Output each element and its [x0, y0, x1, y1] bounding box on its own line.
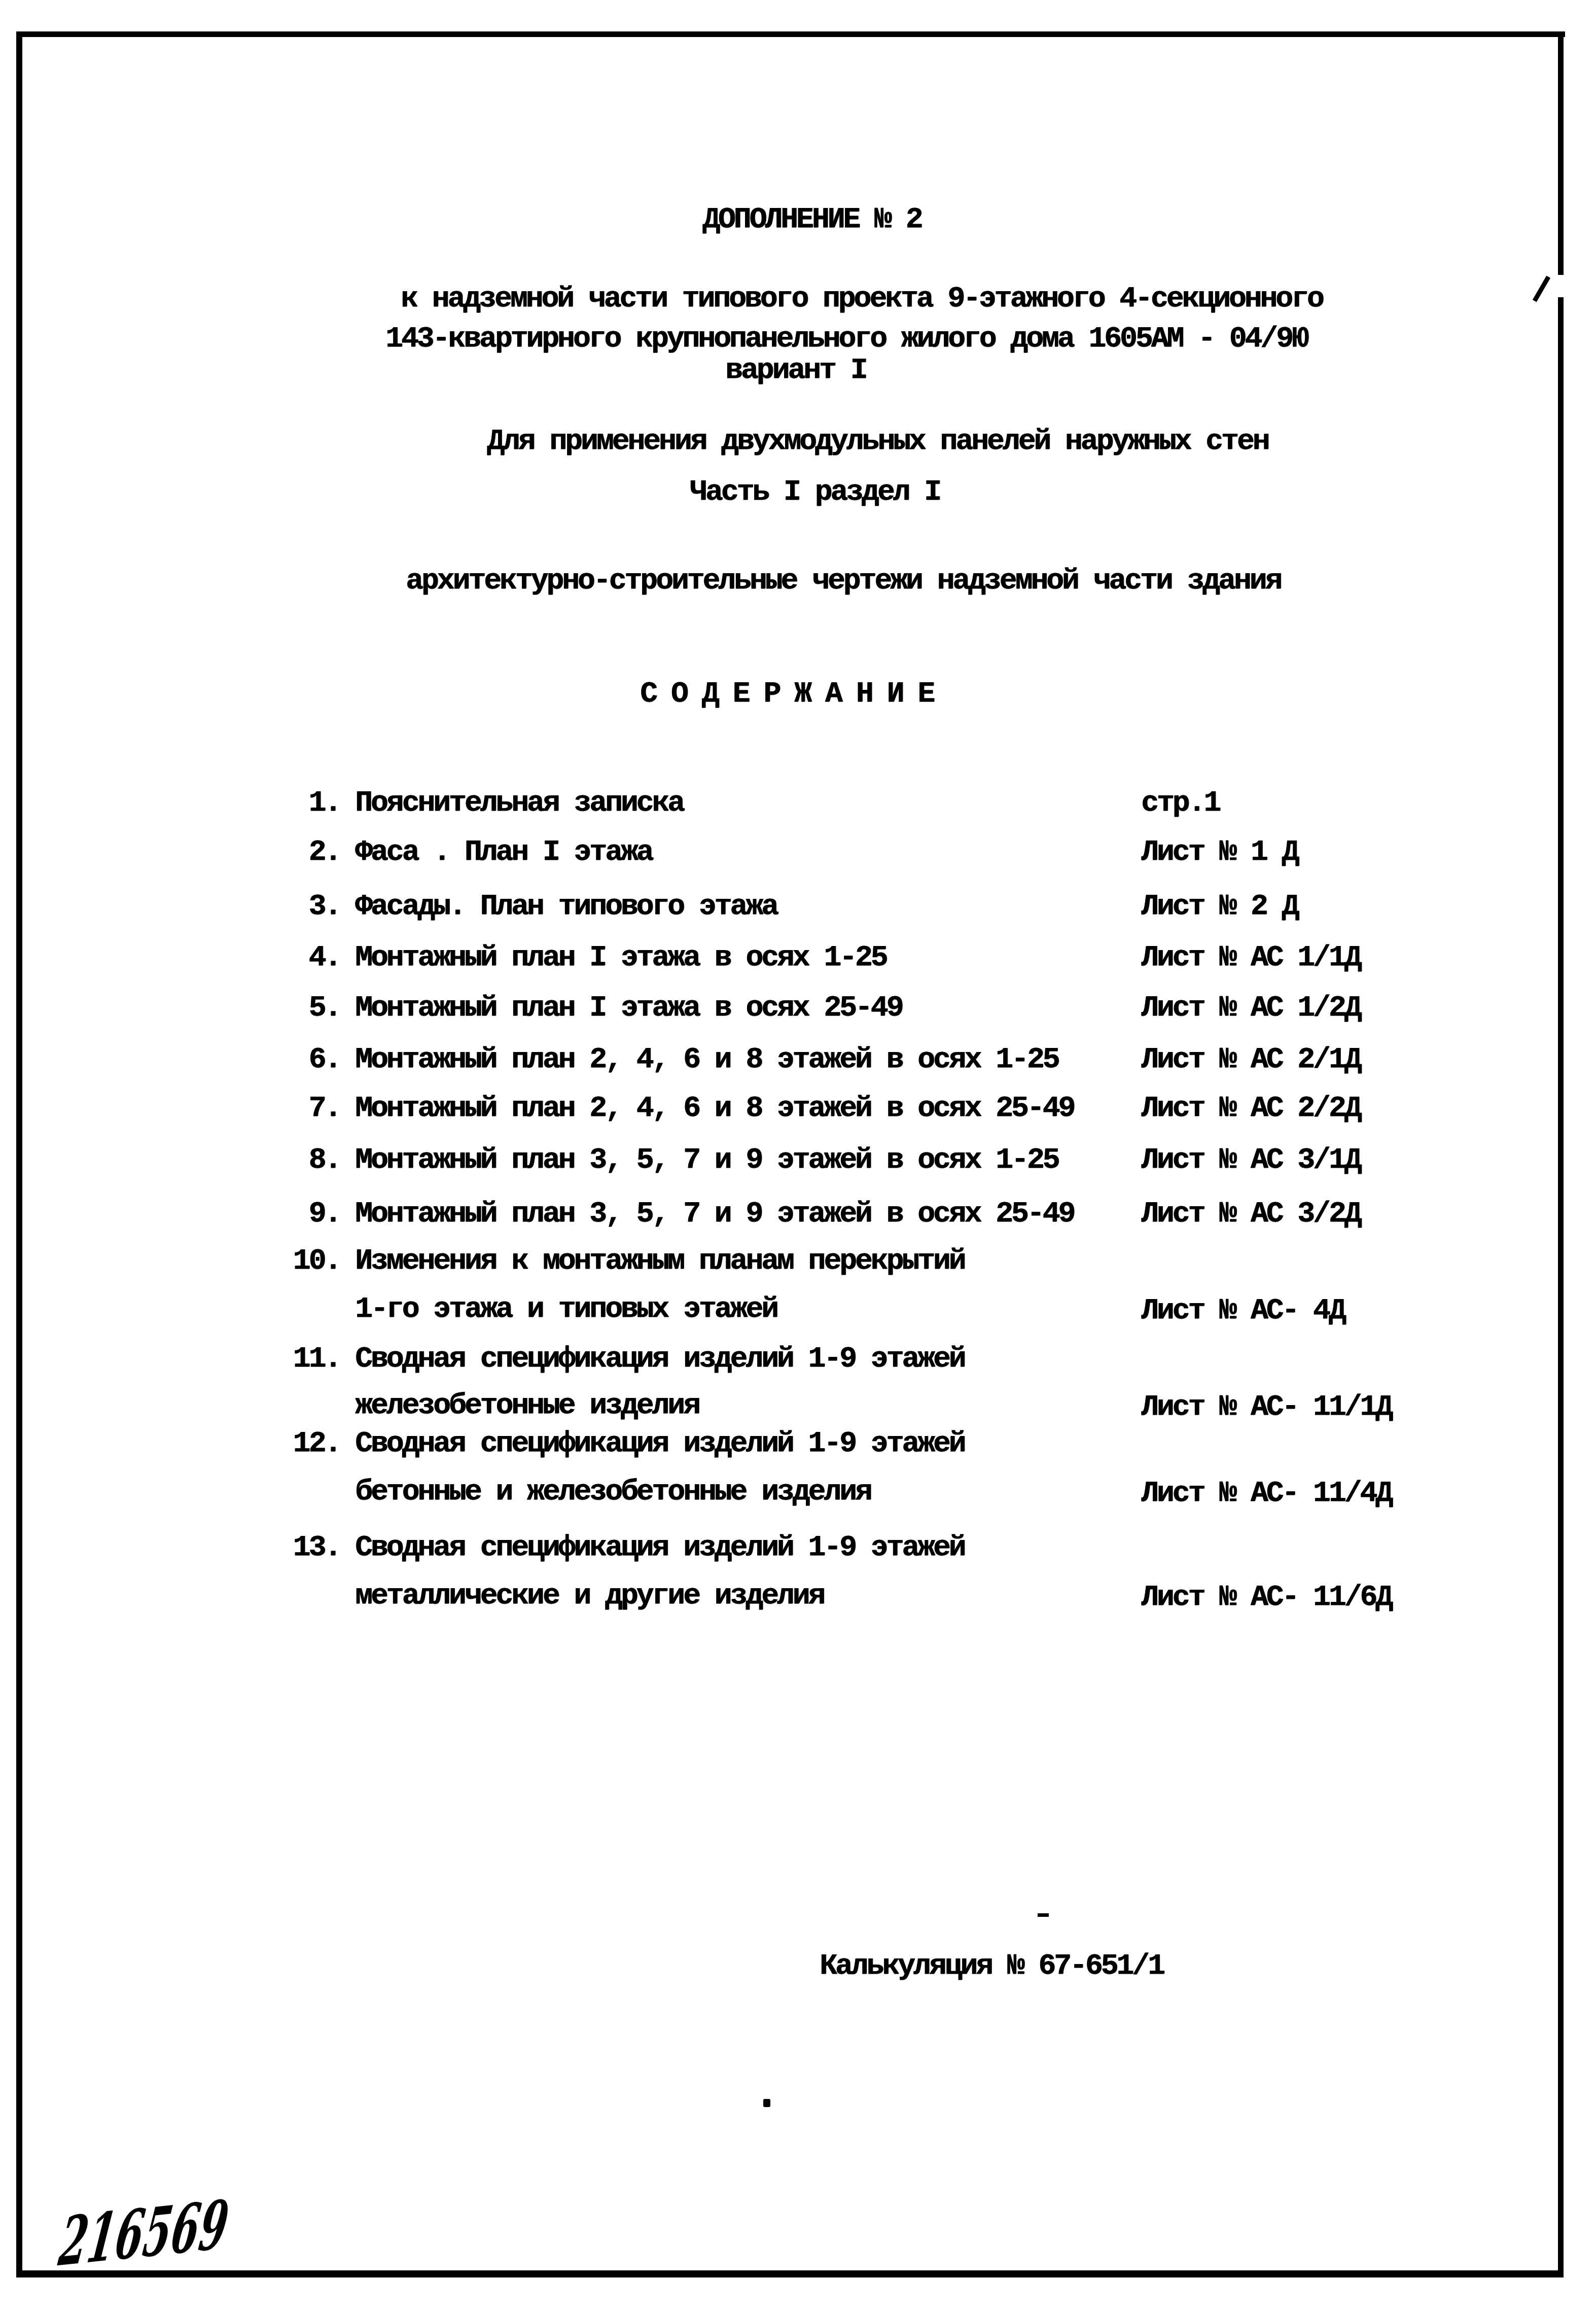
frame-right-border-upper [1558, 31, 1564, 275]
toc-row-number: 11. [251, 1343, 340, 1376]
toc-sheet-ref: Лист № АС 2/2Д [1141, 1093, 1360, 1125]
doc-title: ДОПОЛНЕНИЕ № 2 [702, 204, 921, 236]
toc-row-title: Монтажный план I этажа в осях 1-25 [355, 941, 886, 974]
toc-sheet-ref: Лист № АС- 11/1Д [1141, 1391, 1391, 1424]
ink-speck-mark [763, 2099, 770, 2107]
application-line: Для применения двухмодульных панелей нар… [487, 426, 1268, 458]
subtitle-line-1: к надземной части типового проекта 9-эта… [401, 283, 1323, 316]
toc-row-title: Монтажный план 2, 4, 6 и 8 этажей в осях… [355, 1043, 1058, 1076]
part-line: Часть I раздел I [690, 476, 940, 509]
toc-row: 2.Фаса . План I этажа [251, 836, 652, 869]
toc-sheet-ref: Лист № АС- 4Д [1141, 1295, 1344, 1327]
toc-sheet-ref: Лист № 1 Д [1141, 836, 1297, 869]
toc-row-number: 10. [251, 1245, 340, 1278]
toc-row-title: Сводная спецификация изделий 1-9 этажей [355, 1531, 964, 1564]
toc-row: 9.Монтажный план 3, 5, 7 и 9 этажей в ос… [251, 1198, 1074, 1231]
toc-row: 8.Монтажный план 3, 5, 7 и 9 этажей в ос… [251, 1144, 1058, 1177]
toc-row-title: Пояснительная записка [355, 787, 683, 820]
calculation-line: Калькуляция № 67-651/1 [820, 1950, 1163, 1983]
toc-row-number: 3. [251, 891, 340, 923]
toc-sheet-ref: Лист № АС 3/2Д [1141, 1198, 1360, 1231]
toc-sheet-ref: Лист № 2 Д [1141, 891, 1297, 923]
toc-row-title: Монтажный план 3, 5, 7 и 9 этажей в осях… [355, 1198, 1074, 1231]
frame-right-border-lower [1558, 297, 1564, 2277]
toc-sheet-ref: стр.1 [1141, 787, 1219, 820]
toc-row: 3.Фасады. План типового этажа [251, 891, 777, 923]
toc-row: 5.Монтажный план I этажа в осях 25-49 [251, 992, 902, 1025]
frame-top-border [16, 31, 1565, 37]
toc-row: 1.Пояснительная записка [251, 787, 683, 820]
subtitle-line-2: 143-квартирного крупнопанельного жилого … [385, 323, 1307, 356]
toc-row-title: Изменения к монтажным планам перекрытий [355, 1245, 964, 1278]
scanned-document-page: ДОПОЛНЕНИЕ № 2 к надземной части типовог… [0, 0, 1596, 2313]
toc-sheet-ref: Лист № АС 3/1Д [1141, 1144, 1360, 1177]
toc-sheet-ref: Лист № АС- 11/4Д [1141, 1478, 1391, 1510]
toc-row: 13.Сводная спецификация изделий 1-9 этаж… [251, 1532, 964, 1564]
toc-row-title: Монтажный план 3, 5, 7 и 9 этажей в осях… [355, 1144, 1058, 1177]
toc-row: 7.Монтажный план 2, 4, 6 и 8 этажей в ос… [251, 1093, 1074, 1125]
toc-row-title: Фаса . План I этажа [355, 836, 652, 869]
handwritten-inventory-number: 216569 [55, 2185, 234, 2282]
ink-dash-mark [1038, 1913, 1049, 1917]
toc-row-title-line2: бетонные и железобетонные изделия [355, 1476, 871, 1509]
drawings-line: архитектурно-строительные чертежи надзем… [406, 565, 1281, 598]
toc-sheet-ref: Лист № АС 1/1Д [1141, 942, 1360, 974]
contents-heading: СОДЕРЖАНИЕ [640, 678, 948, 711]
toc-sheet-ref: Лист № АС 1/2Д [1141, 992, 1360, 1025]
toc-row: 10.Изменения к монтажным планам перекрыт… [251, 1245, 964, 1278]
toc-row-number: 5. [251, 992, 340, 1025]
toc-sheet-ref: Лист № АС- 11/6Д [1141, 1582, 1391, 1614]
toc-row: 12.Сводная спецификация изделий 1-9 этаж… [251, 1428, 964, 1460]
toc-row-number: 9. [251, 1198, 340, 1231]
toc-row-title-line2: железобетонные изделия [355, 1390, 699, 1422]
frame-bottom-border [16, 2270, 1564, 2277]
variant-line: вариант I [725, 355, 866, 387]
border-break-tick-mark [1533, 275, 1550, 302]
toc-row-number: 2. [251, 836, 340, 869]
toc-row-number: 1. [251, 787, 340, 820]
toc-row-title: Сводная спецификация изделий 1-9 этажей [355, 1343, 964, 1376]
toc-row-title-line2: 1-го этажа и типовых этажей [355, 1293, 777, 1326]
toc-row-number: 7. [251, 1093, 340, 1125]
toc-row: 6.Монтажный план 2, 4, 6 и 8 этажей в ос… [251, 1044, 1058, 1076]
toc-row-title-line2: металлические и другие изделия [355, 1580, 824, 1613]
toc-row-title: Сводная спецификация изделий 1-9 этажей [355, 1427, 964, 1460]
frame-left-border [16, 31, 22, 2277]
toc-row-number: 6. [251, 1044, 340, 1076]
toc-sheet-ref: Лист № АС 2/1Д [1141, 1044, 1360, 1076]
toc-row-number: 4. [251, 942, 340, 974]
toc-row: 11.Сводная спецификация изделий 1-9 этаж… [251, 1343, 964, 1376]
toc-row: 4.Монтажный план I этажа в осях 1-25 [251, 942, 886, 974]
toc-row-title: Монтажный план 2, 4, 6 и 8 этажей в осях… [355, 1092, 1074, 1125]
toc-row-title: Монтажный план I этажа в осях 25-49 [355, 992, 902, 1025]
toc-row-number: 8. [251, 1144, 340, 1177]
toc-row-number: 13. [251, 1532, 340, 1564]
toc-row-number: 12. [251, 1428, 340, 1460]
toc-row-title: Фасады. План типового этажа [355, 890, 777, 923]
